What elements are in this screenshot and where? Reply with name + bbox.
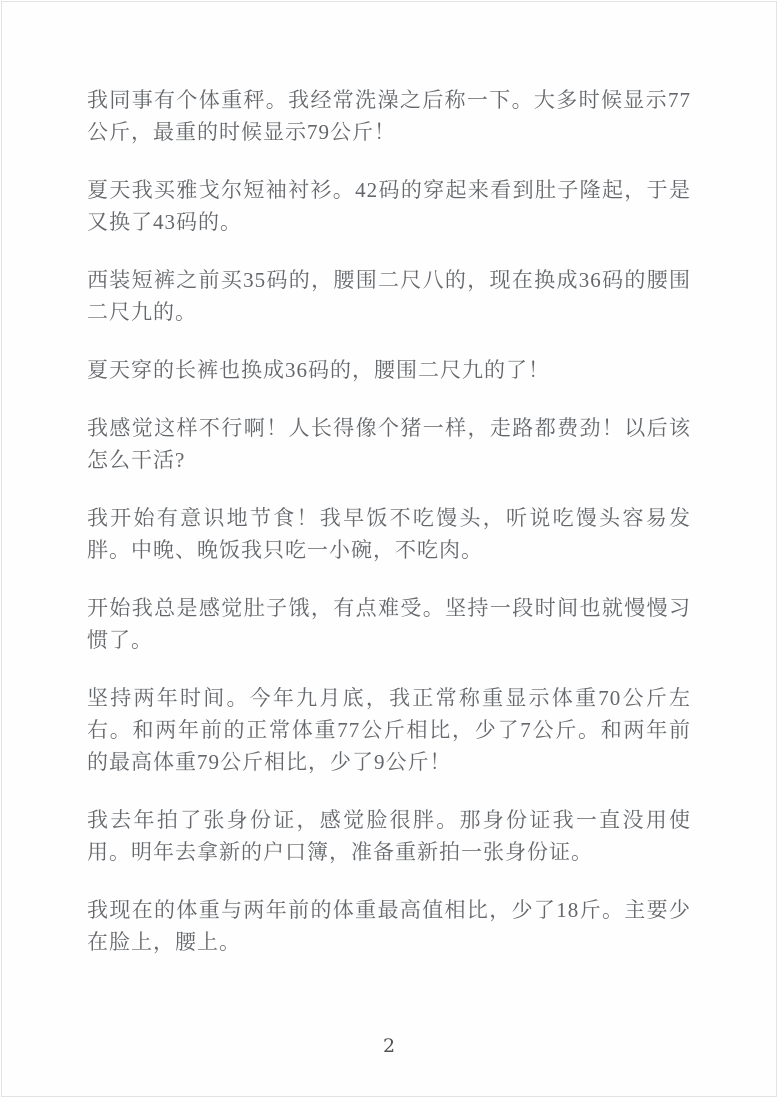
paragraph-5: 我感觉这样不行啊！人长得像个猪一样，走路都费劲！以后该怎么干活? [87,412,691,476]
paragraph-8: 坚持两年时间。今年九月底，我正常称重显示体重70公斤左右。和两年前的正常体重77… [87,682,691,778]
document-page: 我同事有个体重秤。我经常洗澡之后称一下。大多时候显示77公斤，最重的时候显示79… [1,1,777,1097]
paragraph-1: 我同事有个体重秤。我经常洗澡之后称一下。大多时候显示77公斤，最重的时候显示79… [87,84,691,148]
paragraph-4: 夏天穿的长裤也换成36码的，腰围二尺九的了！ [87,354,691,386]
page-number: 2 [2,1035,776,1057]
paragraph-7: 开始我总是感觉肚子饿，有点难受。坚持一段时间也就慢慢习惯了。 [87,592,691,656]
paragraph-2: 夏天我买雅戈尔短袖衬衫。42码的穿起来看到肚子隆起，于是又换了43码的。 [87,174,691,238]
paragraph-3: 西装短裤之前买35码的，腰围二尺八的，现在换成36码的腰围二尺九的。 [87,264,691,328]
page-content: 我同事有个体重秤。我经常洗澡之后称一下。大多时候显示77公斤，最重的时候显示79… [87,84,691,984]
paragraph-10: 我现在的体重与两年前的体重最高值相比，少了18斤。主要少在脸上，腰上。 [87,894,691,958]
paragraph-6: 我开始有意识地节食！我早饭不吃馒头，听说吃馒头容易发胖。中晚、晚饭我只吃一小碗，… [87,502,691,566]
paragraph-9: 我去年拍了张身份证，感觉脸很胖。那身份证我一直没用使用。明年去拿新的户口簿，准备… [87,804,691,868]
